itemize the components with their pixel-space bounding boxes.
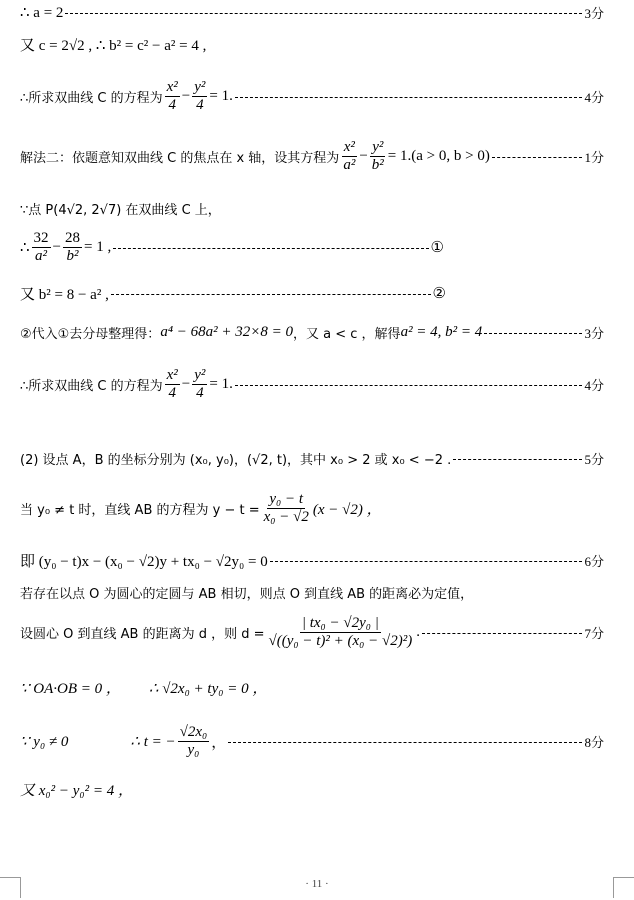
text: ∴所求双曲线 C 的方程为 [20, 87, 163, 106]
dashed-leader [235, 97, 583, 98]
dashed-leader [111, 294, 431, 295]
dashed-leader [422, 633, 583, 634]
score-label: 5分 [584, 449, 604, 468]
line-dot-product: ∵ OA·OB = 0 ， ∴ √2x₀ + ty₀ = 0 ， [20, 676, 604, 698]
fraction: y²b² [370, 139, 386, 173]
dashed-leader [492, 157, 583, 158]
score-label: 7分 [584, 623, 604, 642]
fraction: 28b² [63, 230, 82, 264]
fraction: y²4 [192, 367, 207, 401]
line-substitution: ②代入①去分母整理得： a⁴ − 68a² + 32×8 = 0 ，又 a < … [20, 322, 604, 342]
text: ∵点 P(4√2, 2√7) 在双曲线 C 上， [20, 199, 221, 218]
score-label: 4分 [584, 375, 604, 394]
score-label: 3分 [584, 323, 604, 342]
score-label: 1分 [584, 147, 604, 166]
fraction: y²4 [192, 79, 207, 113]
fraction: 32a² [32, 230, 51, 264]
line-point-p: ∵点 P(4√2, 2√7) 在双曲线 C 上， [20, 198, 604, 218]
line-hyperbola-equation-2: ∴所求双曲线 C 的方程为 x²4 − y²4 = 1. 4分 [20, 366, 604, 402]
line-distance: 设圆心 O 到直线 AB 的距离为 d ，则 d = | tx₀ − √2y₀ … [20, 610, 604, 654]
dashed-leader [113, 248, 428, 249]
dashed-leader [270, 561, 583, 562]
fraction: x²a² [341, 139, 357, 173]
page-number: · 11 · [0, 878, 634, 890]
equation: 又 c = 2√2 , ∴ b² = c² − a² = 4 , [20, 34, 206, 55]
line-tangent-circle: 若存在以点 O 为圆心的定圆与 AB 相切，则点 O 到直线 AB 的距离必为定… [20, 582, 604, 602]
dashed-leader [453, 459, 582, 460]
fraction: y₀ − tx₀ − √2 [262, 491, 311, 525]
line-a-equals-2: ∴ a = 2 3分 [20, 3, 604, 21]
score-label: 6分 [584, 551, 604, 570]
fraction: x²4 [165, 79, 180, 113]
dashed-leader [65, 13, 582, 14]
dashed-leader [228, 742, 582, 743]
line-t-value: ∵ y₀ ≠ 0 ∴ t = − √2x₀y₀ ， 8分 [20, 720, 604, 762]
line-equation-2: 又 b² = 8 − a² , ② [20, 283, 446, 303]
text: 解法二：依题意知双曲线 C 的焦点在 x 轴，设其方程为 [20, 147, 339, 166]
score-label: 4分 [584, 87, 604, 106]
fraction: √2x₀y₀ [178, 724, 210, 758]
line-part-2: (2) 设点 A，B 的坐标分别为 (x₀, y₀)，(√2, t)，其中 x₀… [20, 448, 604, 468]
circled-marker-2: ② [433, 284, 446, 303]
line-c-value: 又 c = 2√2 , ∴ b² = c² − a² = 4 , [20, 34, 604, 54]
fraction: x²4 [165, 367, 180, 401]
line-ab-equation: 当 y₀ ≠ t 时，直线 AB 的方程为 y − t = y₀ − tx₀ −… [20, 488, 604, 528]
dashed-leader [235, 385, 583, 386]
line-hyperbola-constraint: 又 x₀² − y₀² = 4 ， [20, 779, 604, 799]
line-equation-1: ∴ 32a² − 28b² = 1 , ① [20, 229, 444, 265]
circled-marker-1: ① [431, 238, 444, 257]
line-method-two: 解法二：依题意知双曲线 C 的焦点在 x 轴，设其方程为 x²a² − y²b²… [20, 138, 604, 174]
fraction: | tx₀ − √2y₀ |√((y₀ − t)² + (x₀ − √2)²) [267, 615, 415, 649]
score-label: 3分 [584, 3, 604, 22]
line-hyperbola-equation-1: ∴所求双曲线 C 的方程为 x²4 − y²4 = 1. 4分 [20, 78, 604, 114]
dashed-leader [484, 333, 582, 334]
line-general-form: 即 (y₀ − t)x − (x₀ − √2)y + tx₀ − √2y₀ = … [20, 550, 604, 570]
score-label: 8分 [584, 732, 604, 751]
equation: ∴ a = 2 [20, 3, 63, 22]
